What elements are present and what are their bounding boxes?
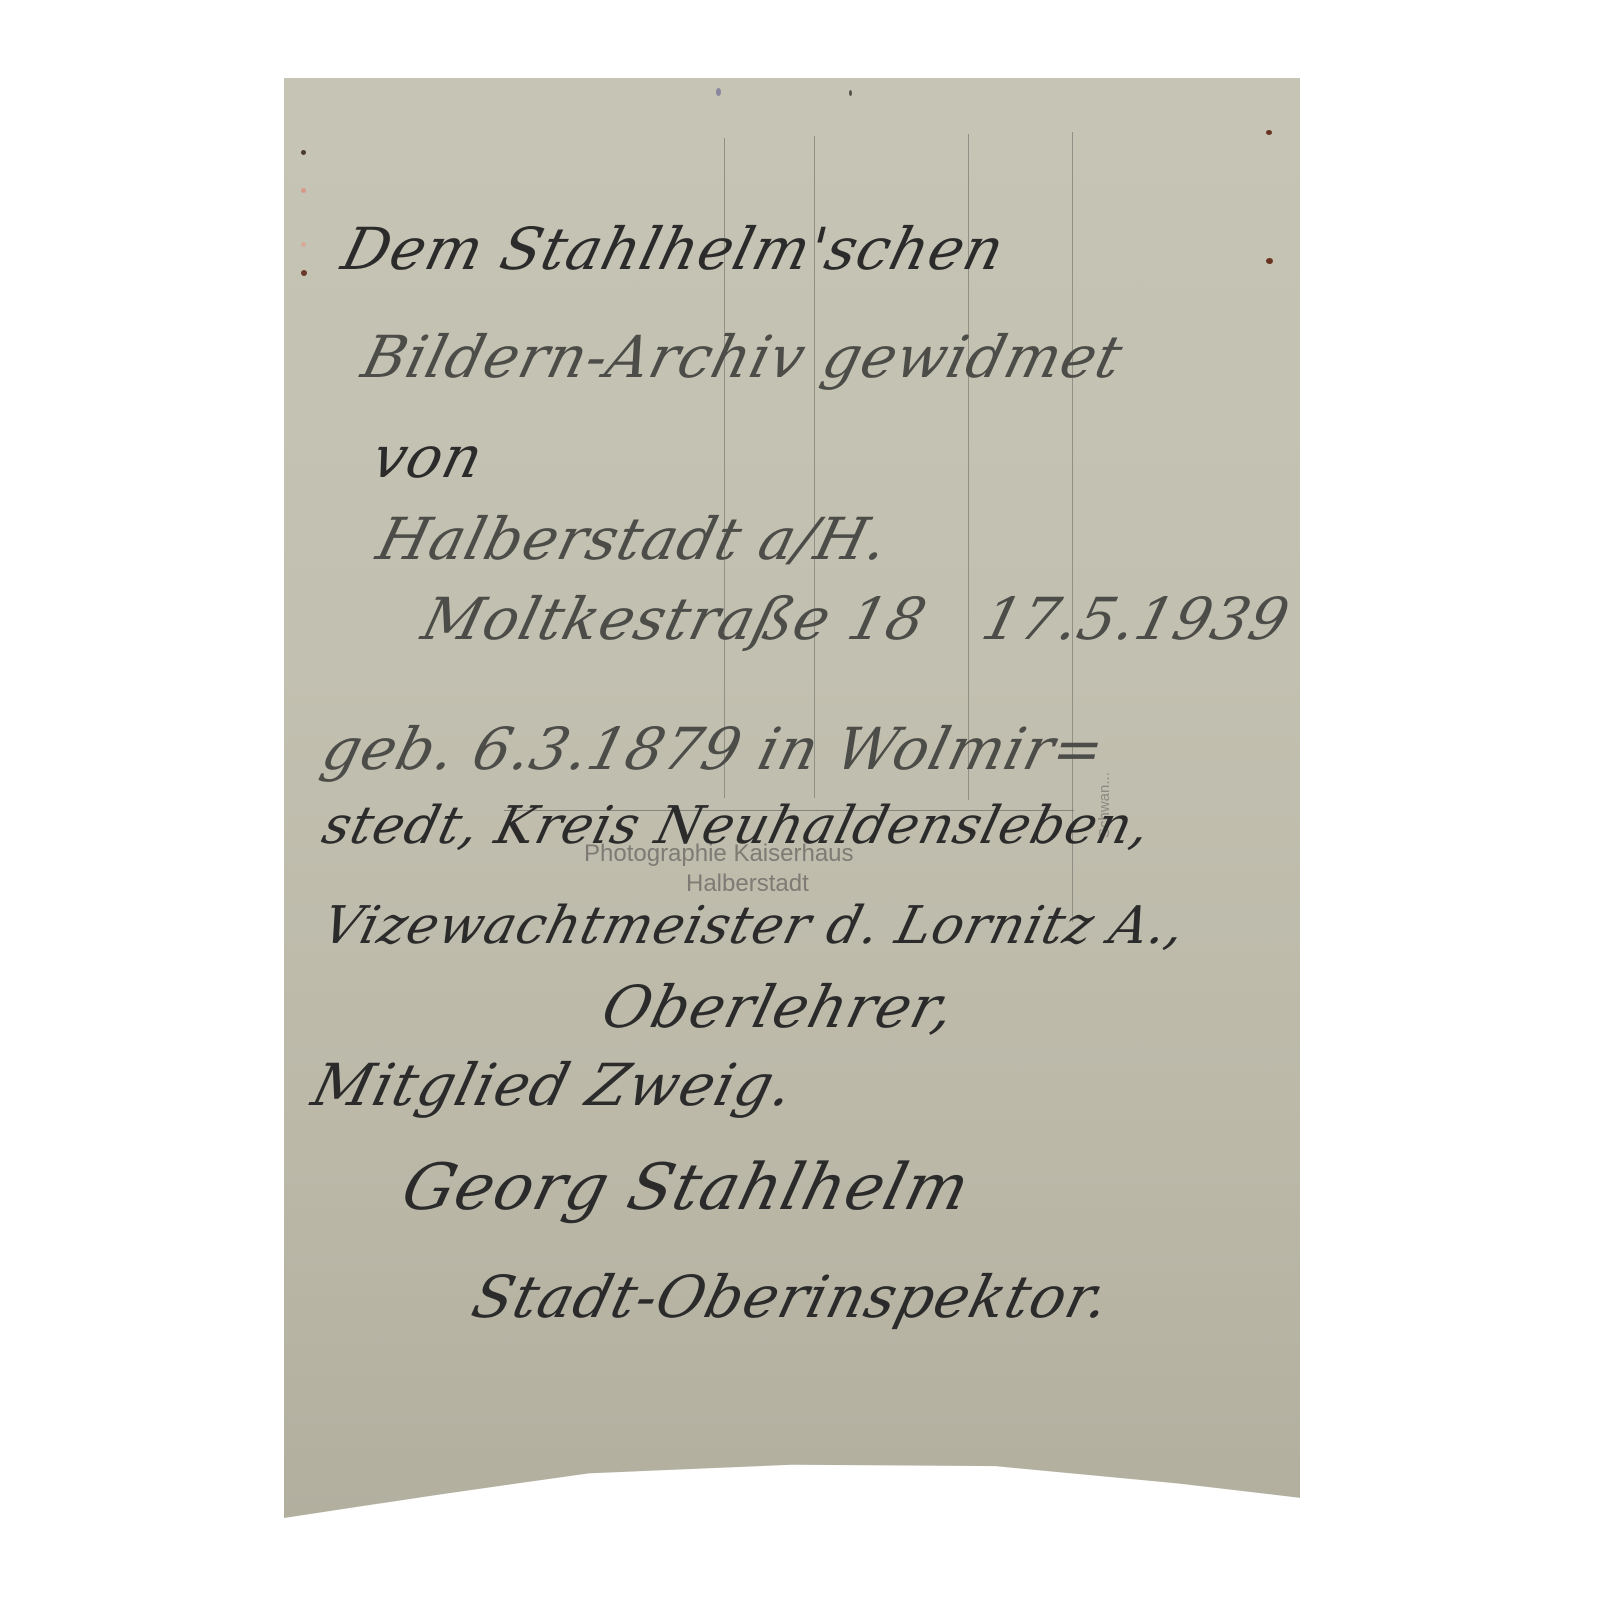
handwriting-date: 17.5.1939 [977,590,1296,648]
ink-mark [301,188,306,193]
ink-mark [849,90,852,96]
handwriting-line-3: von [367,428,490,486]
ink-mark [301,270,307,276]
studio-stamp-line2: Halberstadt [686,870,809,898]
handwriting-line-4: Halberstadt a/H. [372,510,895,568]
ink-mark [716,88,721,96]
photo-card-back: Photographie Kaiserhaus Halberstadt Schw… [284,78,1300,1518]
ink-mark [301,242,306,247]
handwriting-line-2: Bildern-Archiv gewidmet [357,328,1129,386]
handwriting-title: Stadt-Oberinspektor. [467,1268,1116,1326]
signature: Georg Stahlhelm [396,1156,976,1220]
ink-mark [301,150,306,155]
handwriting-line-5: Moltkestraße 18 [417,590,933,648]
handwriting-line-6: geb. 6.3.1879 in Wolmir= [317,720,1111,778]
handwriting-line-9: Oberlehrer, [597,978,961,1036]
handwriting-line-7: stedt, Kreis Neuhaldensleben, [318,800,1156,852]
ink-mark [1266,258,1273,264]
handwriting-line-8: Vizewachtmeister d. Lornitz A., [318,900,1191,952]
handwriting-line-10: Mitglied Zweig. [307,1056,800,1114]
handwriting-line-1: Dem Stahlhelm'schen [337,220,1011,278]
ink-mark [1266,130,1272,135]
